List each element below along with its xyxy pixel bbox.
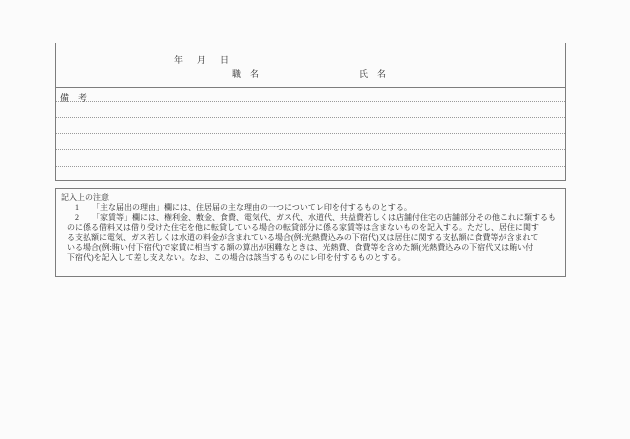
remarks-writein-line <box>56 101 565 102</box>
date-signature-header: 年 月 日 職 名 氏 名 <box>56 43 565 88</box>
note-item-1: 1 「主な届出の理由」欄には、住居届の主な理由の一つについてレ印を付するものとす… <box>56 203 565 213</box>
person-name-label: 氏 名 <box>359 67 386 80</box>
note-text: 「家賃等」欄には、権利金、敷金、食費、電気代、ガス代、水道代、共益費若しくは店舗… <box>92 213 556 222</box>
day-label: 日 <box>220 53 229 66</box>
remarks-writein-line <box>56 166 565 167</box>
form-upper-section: 年 月 日 職 名 氏 名 備 考 <box>55 43 566 181</box>
position-name-label: 職 名 <box>232 67 259 80</box>
note-line: のに係る借料又は借り受けた住宅を他に転貸している場合の転貸部分に係る家賃等は含ま… <box>56 223 565 233</box>
remarks-label: 備 考 <box>60 91 87 104</box>
remarks-writein-line <box>56 117 565 118</box>
note-line: いる場合(例:賄い付下宿代)で家賃に相当する額の算出が困難なときは、光熱費、食費… <box>56 243 565 253</box>
note-line: る支払額に電気、ガス若しくは水道の料金が含まれている場合(例:光熱費込みの下宿代… <box>56 233 565 243</box>
date-row: 年 月 日 <box>56 53 565 65</box>
remarks-section: 備 考 <box>56 88 565 180</box>
remarks-writein-line <box>56 149 565 150</box>
notes-section: 記入上の注意 1 「主な届出の理由」欄には、住居届の主な理由の一つについてレ印を… <box>55 188 566 277</box>
note-line: 下宿代)を記入して差し支えない。なお、この場合は該当するものにレ印を付するものと… <box>56 253 565 263</box>
note-line: 1 「主な届出の理由」欄には、住居届の主な理由の一つについてレ印を付するものとす… <box>56 203 565 213</box>
note-text: 「主な届出の理由」欄には、住居届の主な理由の一つについてレ印を付するものとする。 <box>92 203 412 212</box>
form-page: 年 月 日 職 名 氏 名 備 考 記入上の注意 1 「主な届出の理由」欄には、… <box>0 0 630 439</box>
note-item-2: 2 「家賃等」欄には、権利金、敷金、食費、電気代、ガス代、水道代、共益費若しくは… <box>56 213 565 263</box>
year-label: 年 <box>174 53 183 66</box>
note-number: 2 <box>75 213 79 223</box>
month-label: 月 <box>197 53 206 66</box>
note-line: 2 「家賃等」欄には、権利金、敷金、食費、電気代、ガス代、水道代、共益費若しくは… <box>56 213 565 223</box>
remarks-writein-line <box>56 133 565 134</box>
note-number: 1 <box>75 203 79 213</box>
signature-row: 職 名 氏 名 <box>56 67 565 79</box>
notes-title: 記入上の注意 <box>56 193 565 203</box>
